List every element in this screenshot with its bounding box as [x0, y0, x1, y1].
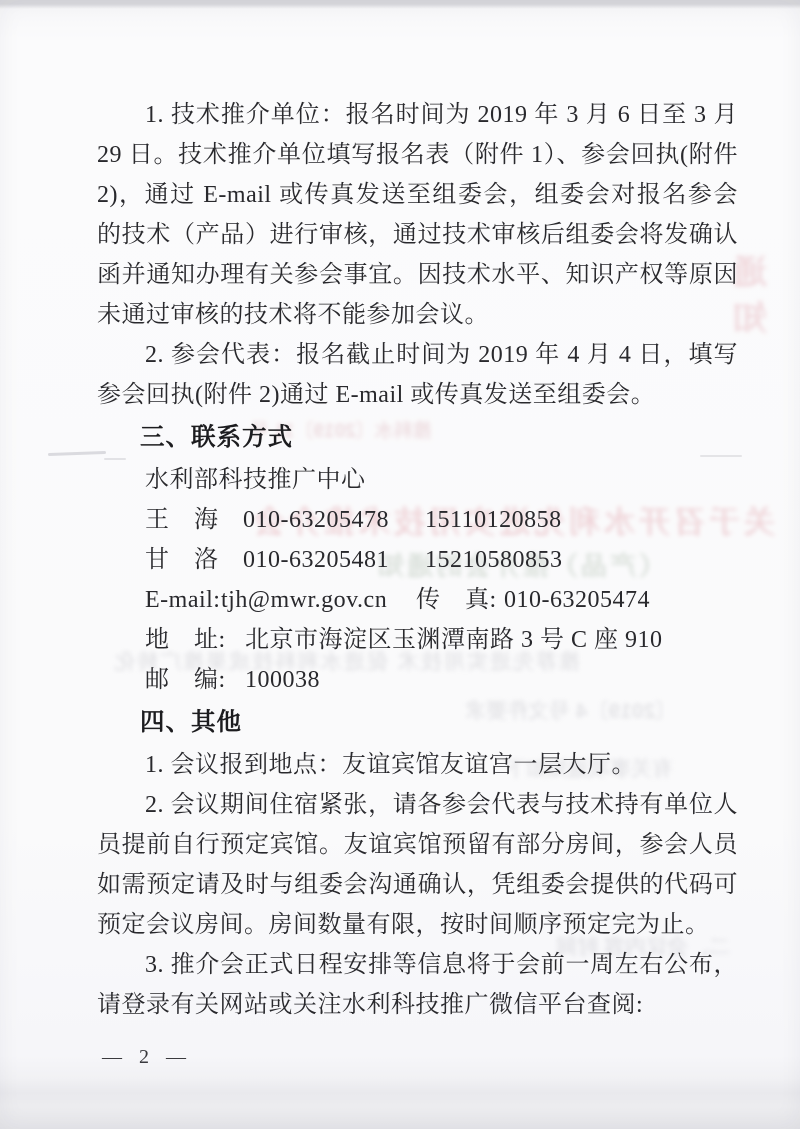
section-heading-other: 四、其他 — [140, 703, 738, 743]
email-address: tjh@mwr.gov.cn — [221, 580, 416, 620]
other-item-hotel: 2. 会议期间住宿紧张，请各参会代表与技术持有单位人员提前自行预定宾馆。友谊宾馆… — [97, 785, 738, 945]
contact-name: 王 海 — [145, 500, 243, 540]
fax-number: 010-63205474 — [504, 587, 650, 613]
contact-phone: 010-63205478 — [243, 500, 425, 540]
contact-mobile: 15210580853 — [425, 547, 563, 573]
document-body: 1. 技术推介单位：报名时间为 2019 年 3 月 6 日至 3 月 29 日… — [0, 0, 800, 1025]
fax-label: 传 真: — [416, 580, 504, 620]
contact-row-email-fax: E-mail:tjh@mwr.gov.cn传 真:010-63205474 — [145, 580, 738, 620]
contact-mobile: 15110120858 — [425, 507, 562, 533]
contact-phone: 010-63205481 — [243, 540, 425, 580]
other-item-check-in: 1. 会议报到地点：友谊宾馆友谊宫一层大厅。 — [97, 745, 738, 785]
address-value: 北京市海淀区玉渊潭南路 3 号 C 座 910 — [245, 627, 663, 653]
contact-name: 甘 洛 — [145, 540, 243, 580]
zip-value: 100038 — [245, 667, 320, 693]
email-label: E-mail: — [145, 580, 221, 620]
other-item-agenda: 3. 推介会正式日程安排等信息将于会前一周左右公布，请登录有关网站或关注水利科技… — [97, 945, 738, 1025]
contact-row-zip: 邮 编:100038 — [145, 660, 738, 700]
contact-organization: 水利部科技推广中心 — [145, 460, 738, 500]
address-label: 地 址: — [145, 620, 245, 660]
scanned-document-page: 通知 推科水〔2019〕11 号 关于召开水利先进实用技术推介会 （产品）推介会… — [0, 0, 800, 1129]
contact-row-wang-hai: 王 海010-6320547815110120858 — [145, 500, 738, 540]
section-heading-contact: 三、联系方式 — [140, 418, 738, 458]
page-number: — 2 — — [102, 1046, 192, 1069]
contact-row-address: 地 址:北京市海淀区玉渊潭南路 3 号 C 座 910 — [145, 620, 738, 660]
zip-label: 邮 编: — [145, 660, 245, 700]
paragraph-registration-tech-units: 1. 技术推介单位：报名时间为 2019 年 3 月 6 日至 3 月 29 日… — [97, 95, 738, 335]
contact-row-gan-luo: 甘 洛010-6320548115210580853 — [145, 540, 738, 580]
paragraph-registration-delegates: 2. 参会代表：报名截止时间为 2019 年 4 月 4 日，填写参会回执(附件… — [97, 335, 738, 415]
